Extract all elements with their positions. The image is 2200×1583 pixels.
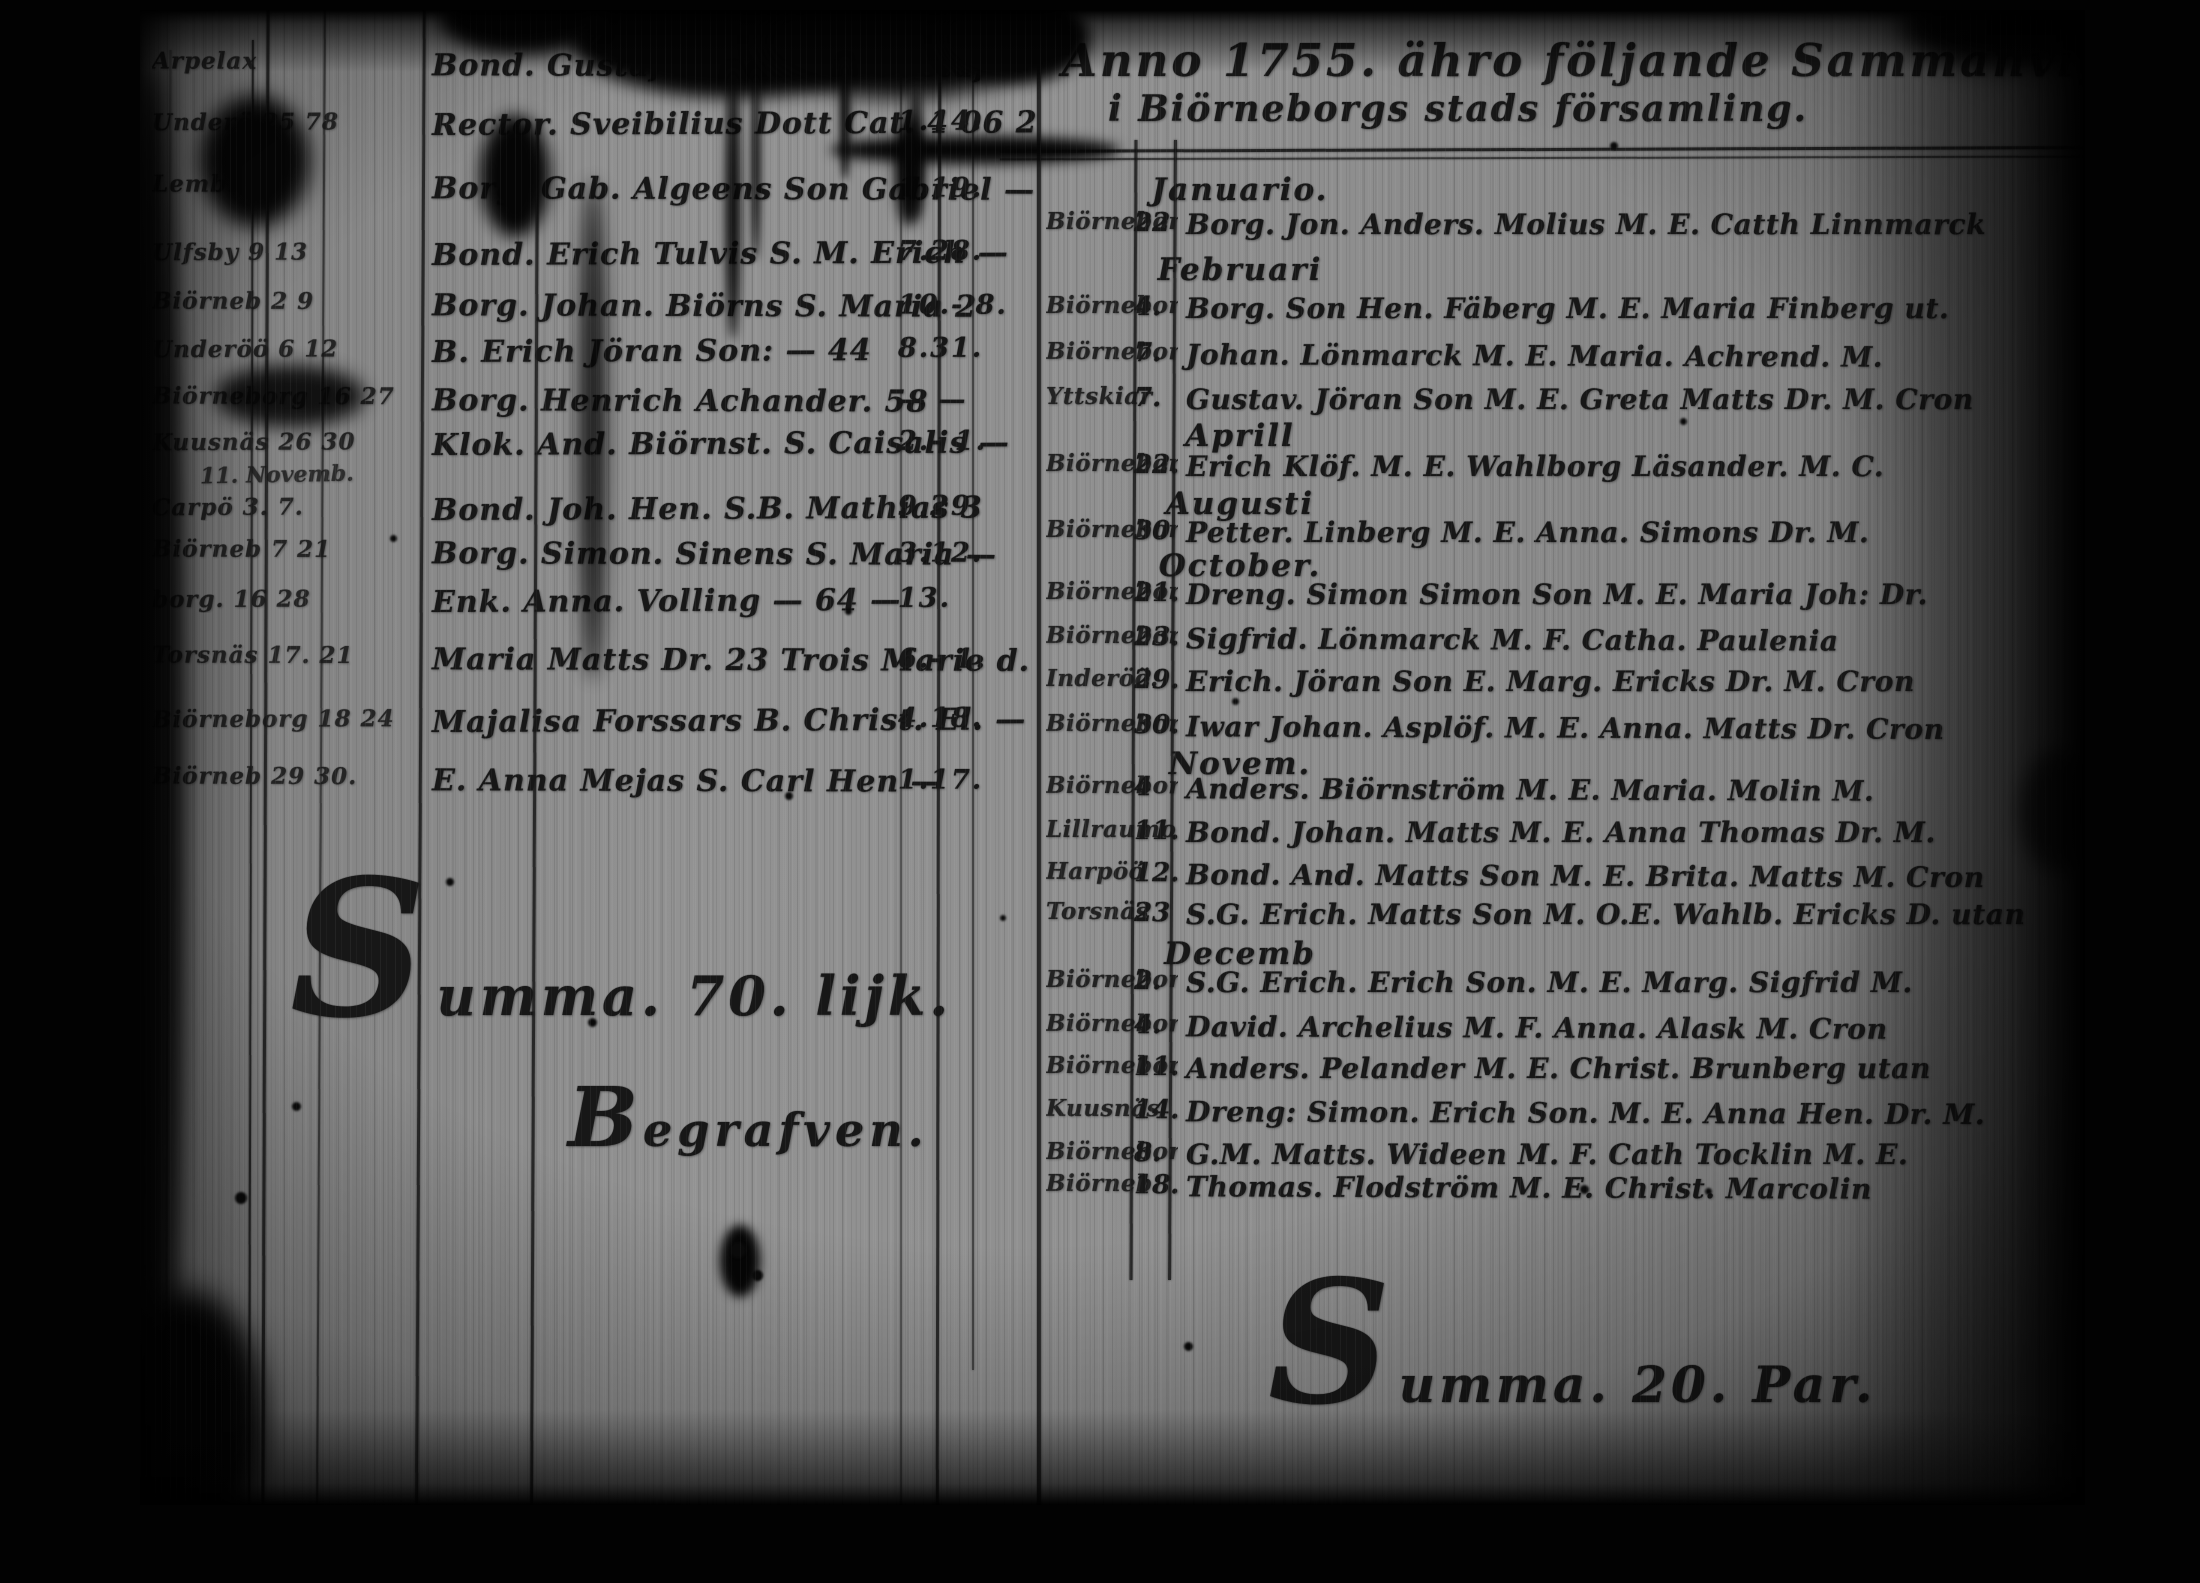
- register-page: M. d. Arpelax Bond. Gustaf Pistolas S. G…: [140, 10, 2085, 1505]
- microfilm-scan: M. d. Arpelax Bond. Gustaf Pistolas S. G…: [0, 0, 2200, 1583]
- photo-vignette: [140, 10, 2085, 1505]
